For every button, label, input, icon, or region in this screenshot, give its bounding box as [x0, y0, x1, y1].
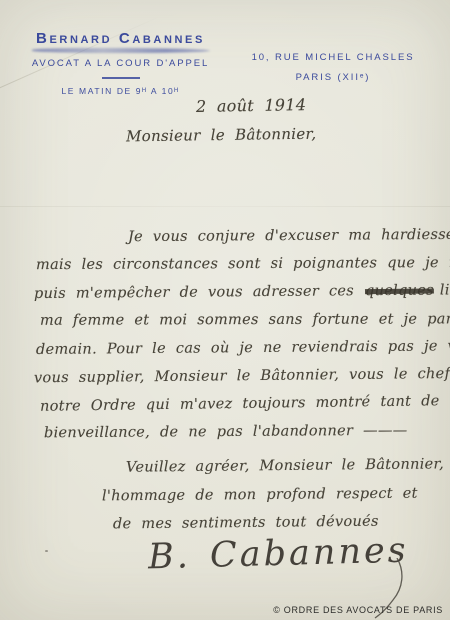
body-line: demain. Pour le cas où je ne reviendrais… [36, 338, 450, 358]
letterhead-underline-smudge [32, 48, 210, 53]
closing-line: Veuillez agréer, Monsieur le Bâtonnier, [126, 456, 444, 475]
handwritten-date: 2 août 1914 [196, 95, 307, 116]
handwritten-salutation: Monsieur le Bâtonnier, [126, 125, 317, 146]
letterhead-right-block: 10, RUE MICHEL CHASLES PARIS (XIIᵉ) [243, 52, 423, 83]
closing-line: de mes sentiments tout dévoués [113, 514, 379, 533]
scanned-letter-page: Bernard Cabannes AVOCAT A LA COUR D'APPE… [0, 0, 450, 620]
body-line: Je vous conjure d'excuser ma hardiesse [128, 227, 450, 245]
letterhead-left-block: Bernard Cabannes AVOCAT A LA COUR D'APPE… [28, 30, 213, 96]
paper-fold-crease-horizontal [0, 206, 450, 207]
letterhead-title: AVOCAT A LA COUR D'APPEL [28, 58, 213, 69]
archive-credit: © ORDRE DES AVOCATS DE PARIS [273, 605, 443, 615]
letterhead-divider-rule [102, 77, 140, 79]
letterhead-name: Bernard Cabannes [28, 30, 213, 47]
body-line-text-after: lignes : [440, 282, 450, 299]
struck-out-word: quelques [365, 283, 434, 300]
body-line: vous supplier, Monsieur le Bâtonnier, vo… [34, 366, 450, 387]
letterhead-hours: LE MATIN DE 9ᴴ A 10ᴴ [28, 86, 213, 96]
body-line: notre Ordre qui m'avez toujours montré t… [40, 393, 440, 415]
body-line-text-before: puis m'empêcher de vous adresser ces [34, 283, 354, 302]
body-line: mais les circonstances sont si poignante… [36, 255, 450, 273]
letterhead-address-city: PARIS (XIIᵉ) [243, 72, 423, 83]
body-line: bienveillance, de ne pas l'abandonner ——… [44, 423, 408, 442]
letterhead-address-street: 10, RUE MICHEL CHASLES [243, 52, 423, 63]
ink-speck [45, 550, 48, 552]
body-line: ma femme et moi sommes sans fortune et j… [40, 311, 450, 328]
closing-line: l'hommage de mon profond respect et [102, 486, 418, 505]
body-line-with-strikethrough: puis m'empêcher de vous adresser cesquel… [34, 282, 450, 302]
